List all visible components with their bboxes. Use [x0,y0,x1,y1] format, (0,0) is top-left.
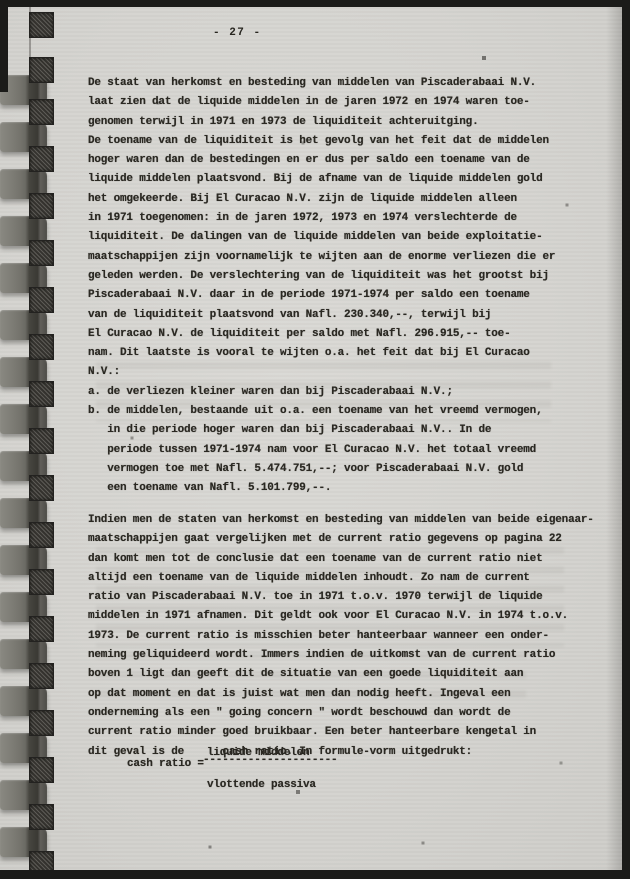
text-line: a. de verliezen kleiner waren dan bij Pi… [88,383,555,402]
text-line: maatschappijen gaat vergelijken met de c… [88,530,630,549]
text-line: geleden werden. De verslechtering van de… [88,267,555,286]
text-line: neming geliquideerd wordt. Immers indien… [88,646,630,665]
text-line: vermogen toe met Nafl. 5.474.751,--; voo… [88,460,555,479]
text-line: een toename van Nafl. 5.101.799,--. [88,479,555,498]
binding-hole [29,804,54,830]
text-line: Indien men de staten van herkomst en bes… [88,511,630,530]
text-line: dan komt men tot de conclusie dat een to… [88,550,630,569]
formula-label: cash ratio = [127,758,204,770]
binding-hole [29,12,54,38]
binding-hole [29,287,54,313]
text-line: altijd een toename van de liquide middel… [88,569,630,588]
binding-hole [29,663,54,689]
body-paragraph-1: De staat van herkomst en besteding van m… [88,74,555,499]
text-line: laat zien dat de liquide middelen in de … [88,93,555,112]
text-line: liquiditeit. De dalingen van de liquide … [88,228,555,247]
text-line: liquide middelen plaatsvond. Bij de afna… [88,170,555,189]
binding-hole [29,57,54,83]
binding-hole [29,710,54,736]
text-line: hoger waren dan de bestedingen en er dus… [88,151,555,170]
text-line: El Curacao N.V. de liquiditeit per saldo… [88,325,555,344]
text-line: boven 1 ligt dan geeft dit de situatie v… [88,665,630,684]
text-line: periode tussen 1971-1974 nam voor El Cur… [88,441,555,460]
body-paragraph-2: Indien men de staten van herkomst en bes… [88,511,630,762]
text-line: maatschappijen zijn voornamelijk te wijt… [88,248,555,267]
scanned-document-page: - 27 - De staat van herkomst en bestedin… [0,0,630,879]
text-line: current ratio minder goed bruikbaar. Een… [88,723,630,742]
binding-hole [29,381,54,407]
scan-edge-bottom [0,870,630,879]
text-line: ratio van Piscaderabaai N.V. toe in 1971… [88,588,630,607]
text-line: b. de middelen, bestaande uit o.a. een t… [88,402,555,421]
text-line: onderneming als een " going concern " wo… [88,704,630,723]
binding-hole [29,757,54,783]
binding-hole [29,569,54,595]
binding-hole [29,334,54,360]
binding-hole [29,616,54,642]
text-line: in die periode hoger waren dan bij Pisca… [88,421,555,440]
page-number: - 27 - [213,27,262,39]
binding-hole [29,193,54,219]
scan-edge-top-left [0,0,8,92]
scan-edge-top [0,0,630,7]
formula-denominator: vlottende passiva [207,779,316,791]
binding-hole [29,475,54,501]
binding-hole [29,146,54,172]
formula-fraction-bar: --------------------- [203,754,337,766]
text-line: op dat moment en dat is juist wat men da… [88,685,630,704]
text-line: van de liquiditeit plaatsvond van Nafl. … [88,306,555,325]
binding-hole [29,428,54,454]
scan-edge-right [622,0,630,879]
binding-hole [29,522,54,548]
text-line: N.V.: [88,363,555,382]
text-line: genomen terwijl in 1971 en 1973 de liqui… [88,113,555,132]
binding-hole [29,240,54,266]
text-line: in 1971 toegenomen: in de jaren 1972, 19… [88,209,555,228]
text-line: De toename van de liquiditeit is het gev… [88,132,555,151]
text-line: 1973. De current ratio is misschien bete… [88,627,630,646]
binding-hole [29,99,54,125]
text-line: nam. Dit laatste is vooral te wijten o.a… [88,344,555,363]
text-line: het omgekeerde. Bij El Curacao N.V. zijn… [88,190,555,209]
text-line: middelen in 1971 afnamen. Dit geldt ook … [88,607,630,626]
text-line: De staat van herkomst en besteding van m… [88,74,555,93]
text-line: Piscaderabaai N.V. daar in de periode 19… [88,286,555,305]
